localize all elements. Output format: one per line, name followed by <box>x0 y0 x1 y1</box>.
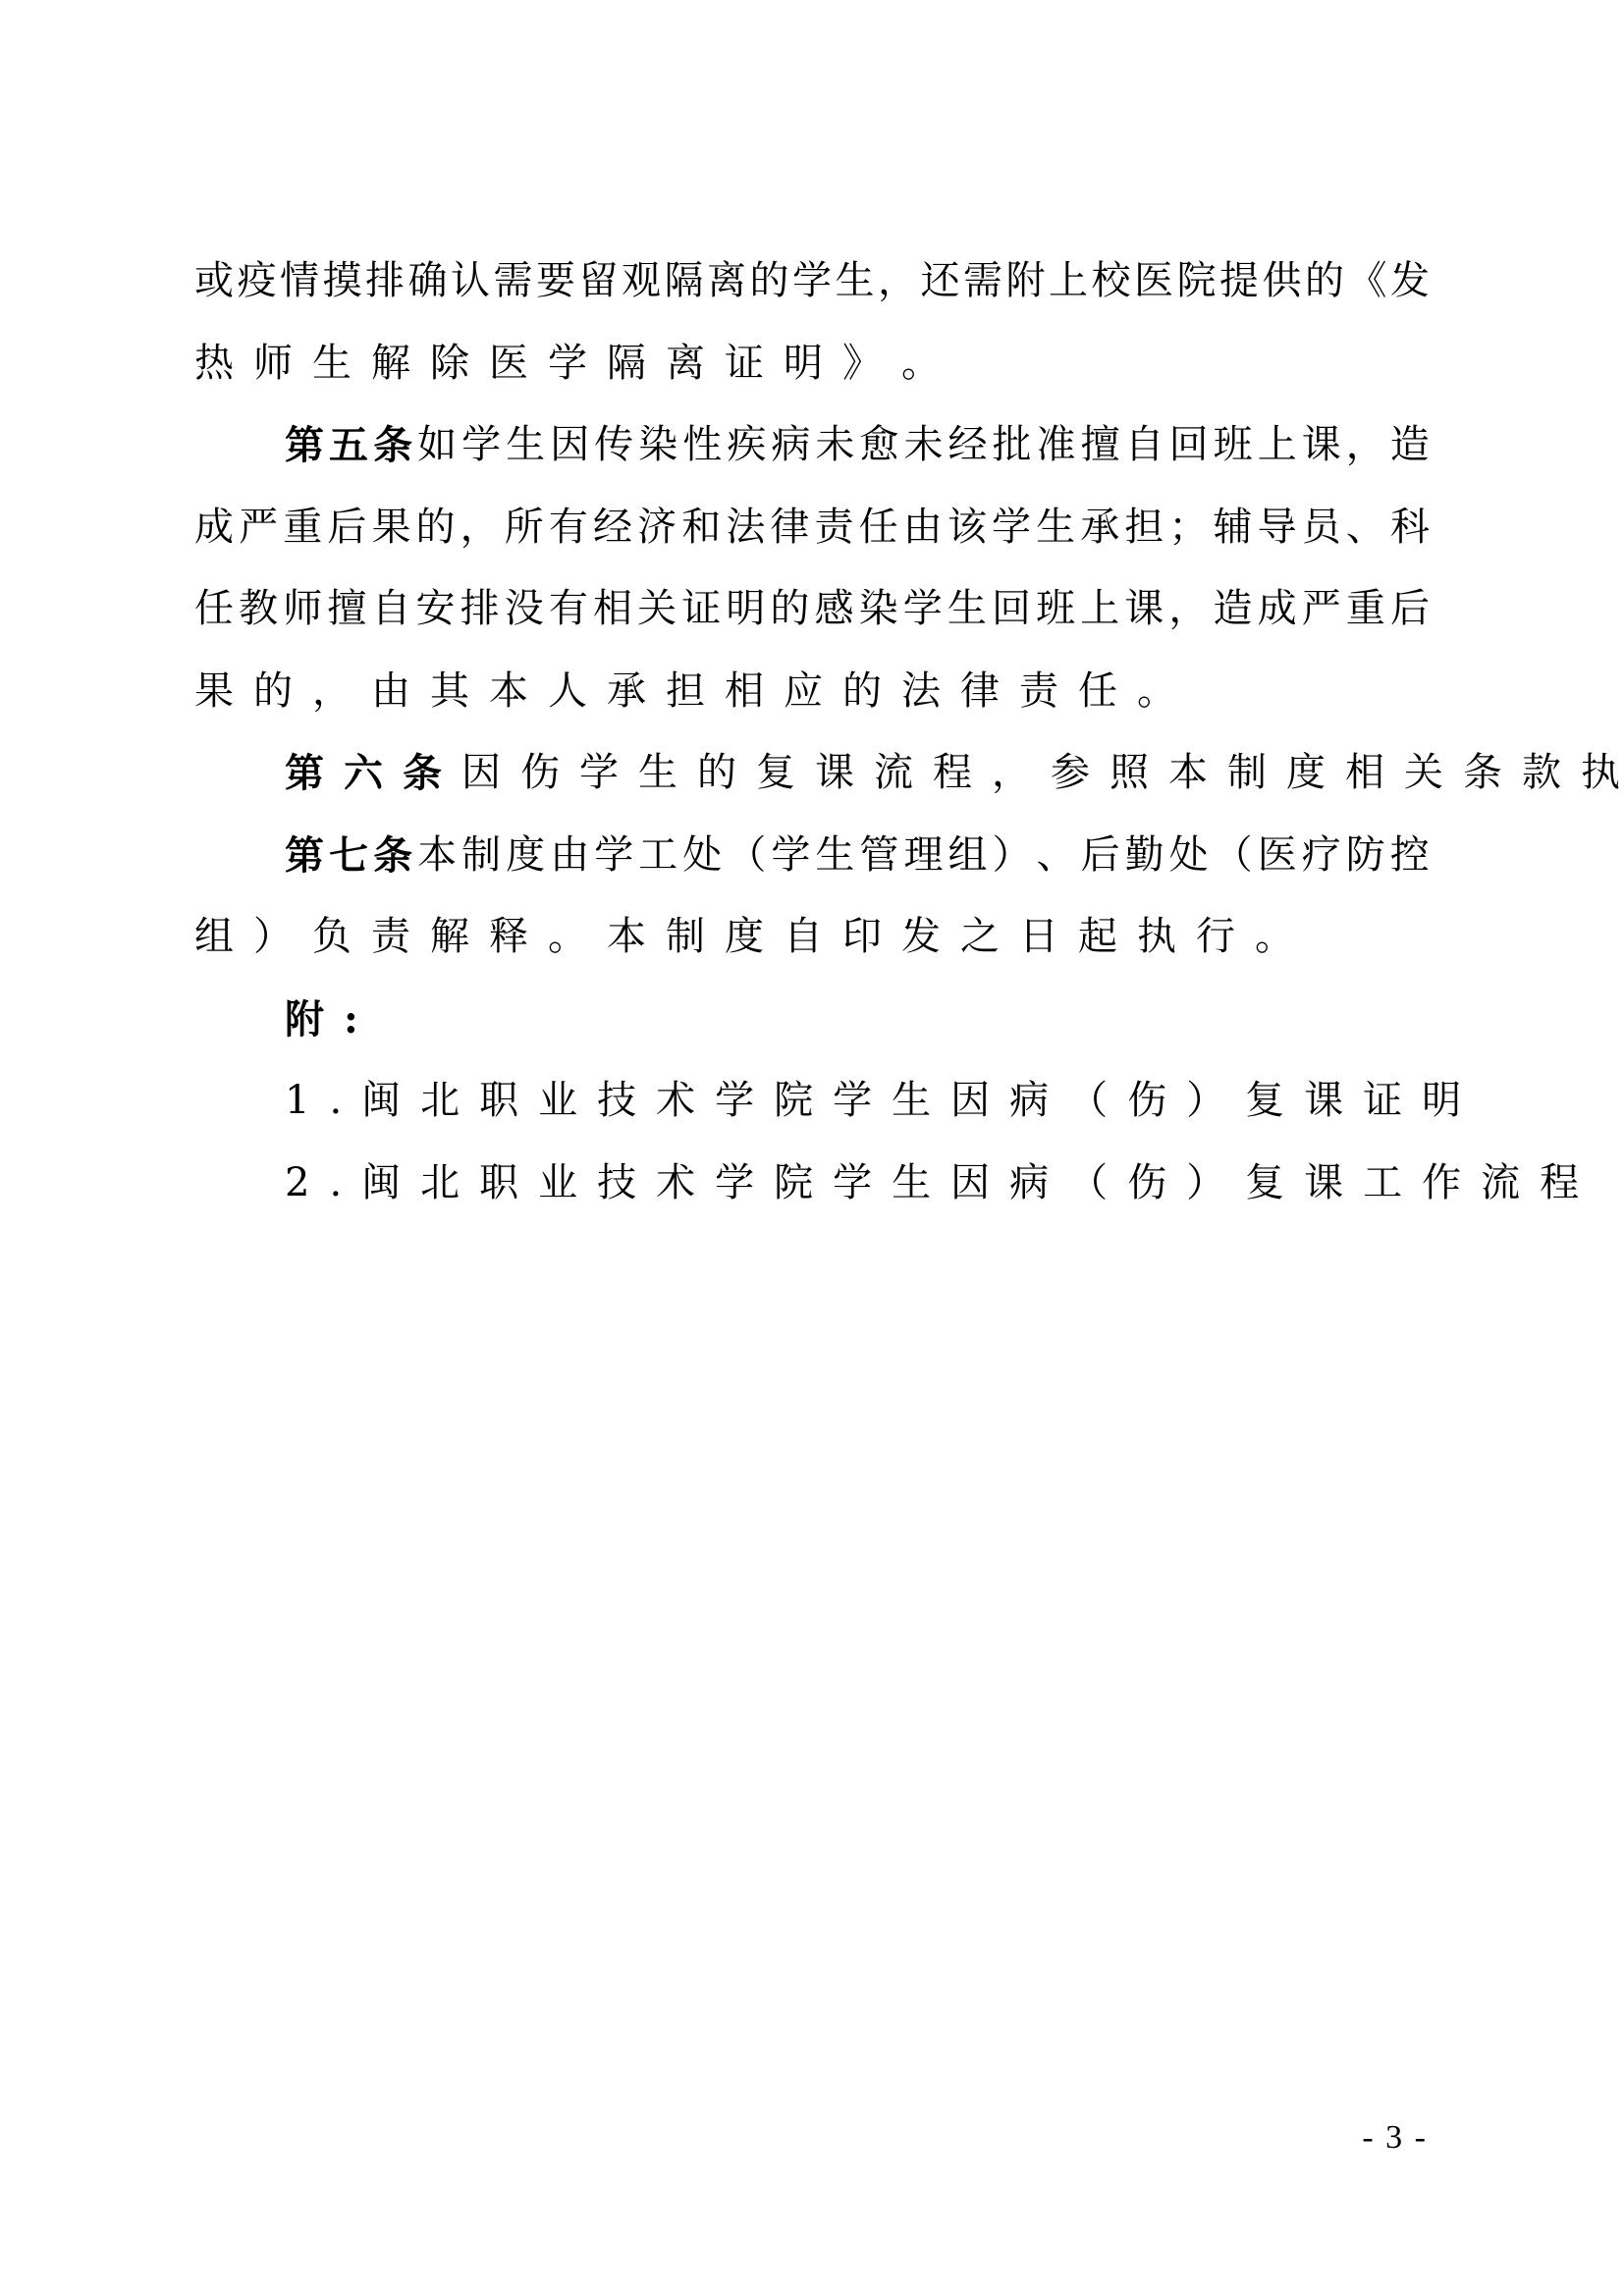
line-text: 附: <box>285 979 1430 1061</box>
paragraph-line: 果的，由其本人承担相应的法律责任。 <box>194 651 1430 733</box>
character: 》 <box>842 323 882 405</box>
character: 附 <box>285 979 324 1061</box>
character: 医 <box>1134 240 1173 323</box>
character: 制 <box>1227 732 1267 815</box>
character: 流 <box>874 732 913 815</box>
character: 发 <box>901 896 941 979</box>
character: 术 <box>656 1060 695 1143</box>
character: 条 <box>373 815 412 897</box>
character: 生 <box>638 732 677 815</box>
character: 学 <box>992 487 1031 569</box>
character: 工 <box>638 815 677 897</box>
character: 度 <box>506 815 545 897</box>
line-text: 第五条如学生因传染性疾病未愈未经批准擅自回班上课，造 <box>285 404 1430 487</box>
attachment-item: 1.闽北职业技术学院学生因病（伤）复课证明 <box>194 1060 1430 1143</box>
line-text: 组）负责解释。本制度自印发之日起执行。 <box>194 896 1430 979</box>
paragraph-line: 或疫情摸排确认需要留观隔离的学生，还需附上校医院提供的《发 <box>194 240 1430 323</box>
character: 业 <box>538 1143 577 1225</box>
character: 的 <box>697 732 736 815</box>
character: 感 <box>815 568 854 651</box>
character: 的 <box>416 487 456 569</box>
character: 制 <box>666 896 705 979</box>
character: 和 <box>681 487 721 569</box>
character: 确 <box>408 240 448 323</box>
character: 生 <box>892 1143 931 1225</box>
character: 病 <box>1009 1060 1049 1143</box>
character: 教 <box>239 568 278 651</box>
character: 情 <box>280 240 319 323</box>
character: 证 <box>1363 1060 1402 1143</box>
character: 相 <box>593 568 632 651</box>
character: 控 <box>1390 815 1430 897</box>
character: 有 <box>549 487 588 569</box>
character: 证 <box>725 323 764 405</box>
character: 院 <box>774 1143 813 1225</box>
character: 程 <box>933 732 972 815</box>
character: 需 <box>494 240 533 323</box>
character: 自 <box>371 568 410 651</box>
character: 院 <box>774 1060 813 1143</box>
line-text: 任教师擅自安排没有相关证明的感染学生回班上课，造成严重后 <box>194 568 1430 651</box>
character: 排 <box>365 240 405 323</box>
character: 病 <box>771 404 810 487</box>
paragraph-line: 任教师擅自安排没有相关证明的感染学生回班上课，造成严重后 <box>194 568 1430 651</box>
character: 济 <box>637 487 677 569</box>
character: 人 <box>548 651 587 733</box>
character: 生 <box>892 1060 931 1143</box>
character: 因 <box>550 404 589 487</box>
character: 学 <box>903 568 943 651</box>
character: 释 <box>489 896 528 979</box>
character: 明 <box>784 323 823 405</box>
character: 摸 <box>323 240 362 323</box>
paragraph-line: 热师生解除医学隔离证明》。 <box>194 323 1430 405</box>
character: 造 <box>1390 404 1430 487</box>
character: ， <box>460 487 500 569</box>
character: 课 <box>1124 568 1164 651</box>
character: 回 <box>1169 404 1209 487</box>
character: 科 <box>1390 487 1430 569</box>
character: 回 <box>992 568 1031 651</box>
character: 准 <box>1037 404 1076 487</box>
character: 的 <box>770 568 809 651</box>
character: 果 <box>194 651 234 733</box>
character: 医 <box>1258 815 1297 897</box>
character: 五 <box>329 404 368 487</box>
character: 技 <box>597 1143 636 1225</box>
character: 。 <box>1255 896 1294 979</box>
character: 制 <box>461 815 501 897</box>
character: ） <box>1186 1060 1225 1143</box>
character: 果 <box>371 487 410 569</box>
character: 上 <box>1258 404 1297 487</box>
character: 因 <box>950 1060 990 1143</box>
character: 批 <box>993 404 1032 487</box>
character: 自 <box>784 896 823 979</box>
character: 闽 <box>361 1143 401 1225</box>
character: 法 <box>901 651 941 733</box>
character: 供 <box>1263 240 1302 323</box>
character: 性 <box>682 404 722 487</box>
character: 离 <box>707 240 746 323</box>
character: 学 <box>792 240 832 323</box>
character: 的 <box>842 651 882 733</box>
character: 律 <box>770 487 809 569</box>
character: 管 <box>859 815 898 897</box>
character: 学 <box>461 404 501 487</box>
character: 工 <box>1363 1143 1402 1225</box>
character: 染 <box>638 404 677 487</box>
character: 擅 <box>1081 404 1120 487</box>
character: 因 <box>461 732 501 815</box>
character: 染 <box>859 568 898 651</box>
character: 的 <box>253 651 293 733</box>
character: 本 <box>607 896 646 979</box>
character: 重 <box>1346 568 1385 651</box>
character: 生 <box>506 404 545 487</box>
character: 执 <box>1137 896 1176 979</box>
character: 复 <box>756 732 795 815</box>
character: 承 <box>1080 487 1119 569</box>
character: 本 <box>1168 732 1208 815</box>
character: 的 <box>750 240 789 323</box>
character: 辅 <box>1214 487 1253 569</box>
article-5-line: 第五条如学生因传染性疾病未愈未经批准擅自回班上课，造 <box>194 404 1430 487</box>
character: ， <box>312 651 352 733</box>
character: 学 <box>594 815 633 897</box>
character: 证 <box>681 568 721 651</box>
character: : <box>344 979 383 1061</box>
character: 责 <box>371 896 410 979</box>
character: 课 <box>815 732 854 815</box>
line-text: 第七条本制度由学工处（学生管理组）、后勤处（医疗防控 <box>285 815 1430 897</box>
character: 第 <box>285 404 324 487</box>
character: 任 <box>1078 651 1117 733</box>
character: 条 <box>1463 732 1502 815</box>
character: 学 <box>833 1060 872 1143</box>
character: 责 <box>815 487 854 569</box>
character: 课 <box>1304 1060 1343 1143</box>
character: 严 <box>1302 568 1341 651</box>
character: 处 <box>682 815 722 897</box>
character: 留 <box>579 240 619 323</box>
character: 经 <box>947 404 987 487</box>
character: 、 <box>1346 487 1385 569</box>
character: 解 <box>371 323 410 405</box>
character: 还 <box>921 240 960 323</box>
character: 或 <box>194 240 234 323</box>
character: 日 <box>1019 896 1058 979</box>
character: 院 <box>1177 240 1217 323</box>
character: 隔 <box>665 240 704 323</box>
character: 职 <box>479 1060 518 1143</box>
character: 课 <box>1304 1143 1343 1225</box>
character: 重 <box>283 487 322 569</box>
paragraph-line: 组）负责解释。本制度自印发之日起执行。 <box>194 896 1430 979</box>
character: 起 <box>1078 896 1117 979</box>
character: 除 <box>430 323 469 405</box>
character: 第 <box>285 732 324 815</box>
character: 2 <box>285 1143 309 1225</box>
character: 学 <box>715 1060 754 1143</box>
character: 。 <box>548 896 587 979</box>
line-text: 热师生解除医学隔离证明》。 <box>194 323 1430 405</box>
character: （ <box>1068 1060 1108 1143</box>
character: 安 <box>416 568 456 651</box>
character: （ <box>1068 1143 1108 1225</box>
character: 导 <box>1258 487 1297 569</box>
character: 。 <box>1137 651 1176 733</box>
character: 承 <box>607 651 646 733</box>
character: 七 <box>329 815 368 897</box>
character: 学 <box>579 732 619 815</box>
character: 班 <box>1214 404 1253 487</box>
character: 行 <box>1196 896 1235 979</box>
character: 上 <box>1080 568 1119 651</box>
character: 上 <box>1049 240 1088 323</box>
character: 照 <box>1110 732 1149 815</box>
character: 员 <box>1302 487 1341 569</box>
character: 需 <box>963 240 1002 323</box>
line-text: 1.闽北职业技术学院学生因病（伤）复课证明 <box>285 1060 1430 1143</box>
character: 伤 <box>1127 1143 1166 1225</box>
character: 生 <box>1036 487 1075 569</box>
character: 之 <box>960 896 1000 979</box>
character: 度 <box>725 896 764 979</box>
character: 因 <box>950 1143 990 1225</box>
character: 成 <box>1258 568 1297 651</box>
character: 未 <box>903 404 943 487</box>
character: 担 <box>1124 487 1164 569</box>
character: 生 <box>836 240 875 323</box>
character: 相 <box>725 651 764 733</box>
article-7-line: 第七条本制度由学工处（学生管理组）、后勤处（医疗防控 <box>194 815 1430 897</box>
character: 作 <box>1422 1143 1461 1225</box>
page-number: - 3 - <box>1362 2118 1428 2158</box>
character: 业 <box>538 1060 577 1143</box>
character: 自 <box>1125 404 1164 487</box>
character: 造 <box>1214 568 1253 651</box>
character: 执 <box>1581 732 1620 815</box>
character: . <box>329 1143 342 1225</box>
character: 病 <box>1009 1143 1049 1225</box>
character: 处 <box>1169 815 1209 897</box>
character: 关 <box>637 568 677 651</box>
character: 生 <box>815 815 854 897</box>
character: 度 <box>1286 732 1326 815</box>
character: 流 <box>1481 1143 1520 1225</box>
character: 提 <box>1219 240 1259 323</box>
character: 经 <box>593 487 632 569</box>
character: 责 <box>1019 651 1058 733</box>
character: 组 <box>194 896 234 979</box>
character: 师 <box>283 568 322 651</box>
character: 款 <box>1522 732 1561 815</box>
character: 后 <box>327 487 366 569</box>
character: 擅 <box>327 568 366 651</box>
line-text: 第六条因伤学生的复课流程，参照本制度相关条款执行。 <box>285 732 1430 815</box>
character: 理 <box>903 815 943 897</box>
character: ， <box>992 732 1031 815</box>
character: 北 <box>420 1060 460 1143</box>
character: 组 <box>947 815 987 897</box>
character: 的 <box>1305 240 1344 323</box>
character: 疾 <box>727 404 766 487</box>
character: 学 <box>548 323 587 405</box>
character: 任 <box>194 568 234 651</box>
character: 程 <box>1540 1143 1579 1225</box>
character: 关 <box>1404 732 1443 815</box>
character: ， <box>1346 404 1385 487</box>
character: 疗 <box>1302 815 1341 897</box>
character: 愈 <box>859 404 898 487</box>
character: ； <box>1168 487 1208 569</box>
character: 条 <box>373 404 412 487</box>
paragraph-line: 成严重后果的，所有经济和法律责任由该学生承担；辅导员、科 <box>194 487 1430 569</box>
character: 生 <box>947 568 987 651</box>
character: 明 <box>726 568 765 651</box>
character: ） <box>993 815 1032 897</box>
character: （ <box>1214 815 1253 897</box>
character: 任 <box>859 487 898 569</box>
character: 北 <box>420 1143 460 1225</box>
character: 校 <box>1092 240 1131 323</box>
character: 伤 <box>1127 1060 1166 1143</box>
character: （ <box>727 815 766 897</box>
character: 严 <box>239 487 278 569</box>
character: 、 <box>1037 815 1076 897</box>
character: 职 <box>479 1143 518 1225</box>
character: 条 <box>403 732 442 815</box>
character: 应 <box>784 651 823 733</box>
character: 负 <box>312 896 352 979</box>
character: ， <box>1168 568 1208 651</box>
character: 排 <box>460 568 500 651</box>
character: 。 <box>901 323 941 405</box>
character: 学 <box>833 1143 872 1225</box>
character: 闽 <box>361 1060 401 1143</box>
character: 由 <box>371 651 410 733</box>
attachments-heading: 附: <box>194 979 1430 1061</box>
character: 担 <box>666 651 705 733</box>
character: 发 <box>1390 240 1430 323</box>
character: 六 <box>344 732 383 815</box>
character: 后 <box>1390 568 1430 651</box>
line-text: 果的，由其本人承担相应的法律责任。 <box>194 651 1430 733</box>
character: 隔 <box>607 323 646 405</box>
character: 技 <box>597 1060 636 1143</box>
character: 法 <box>726 487 765 569</box>
character: ） <box>253 896 293 979</box>
document-page: 或疫情摸排确认需要留观隔离的学生，还需附上校医院提供的《发 热师生解除医学隔离证… <box>194 240 1430 1224</box>
character: 本 <box>489 651 528 733</box>
character: 印 <box>842 896 882 979</box>
character: 律 <box>960 651 1000 733</box>
character: 如 <box>417 404 457 487</box>
character: 未 <box>815 404 854 487</box>
character: 没 <box>505 568 544 651</box>
character: 防 <box>1346 815 1385 897</box>
character: 成 <box>194 487 234 569</box>
character: ， <box>878 240 917 323</box>
attachment-item: 2.闽北职业技术学院学生因病（伤）复课工作流程 <box>194 1143 1430 1225</box>
character: 热 <box>194 323 234 405</box>
character: 后 <box>1081 815 1120 897</box>
line-text: 或疫情摸排确认需要留观隔离的学生，还需附上校医院提供的《发 <box>194 240 1430 323</box>
character: 由 <box>550 815 589 897</box>
character: 课 <box>1302 404 1341 487</box>
character: 由 <box>903 487 943 569</box>
character: 术 <box>656 1143 695 1225</box>
character: 离 <box>666 323 705 405</box>
article-6-line: 第六条因伤学生的复课流程，参照本制度相关条款执行。 <box>194 732 1430 815</box>
character: 学 <box>715 1143 754 1225</box>
character: 本 <box>417 815 457 897</box>
character: . <box>329 1060 342 1143</box>
character: 复 <box>1245 1143 1284 1225</box>
character: 明 <box>1422 1060 1461 1143</box>
character: 1 <box>285 1060 309 1143</box>
character: 生 <box>312 323 352 405</box>
character: 该 <box>947 487 987 569</box>
character: 所 <box>505 487 544 569</box>
character: 附 <box>1006 240 1046 323</box>
character: 第 <box>285 815 324 897</box>
line-text: 2.闽北职业技术学院学生因病（伤）复课工作流程 <box>285 1143 1430 1225</box>
character: 相 <box>1345 732 1384 815</box>
character: 伤 <box>520 732 560 815</box>
character: 传 <box>594 404 633 487</box>
character: 师 <box>253 323 293 405</box>
character: 其 <box>430 651 469 733</box>
line-text: 成严重后果的，所有经济和法律责任由该学生承担；辅导员、科 <box>194 487 1430 569</box>
character: 班 <box>1036 568 1075 651</box>
character: 观 <box>622 240 661 323</box>
character: 解 <box>430 896 469 979</box>
character: 《 <box>1348 240 1387 323</box>
character: 要 <box>536 240 575 323</box>
character: 医 <box>489 323 528 405</box>
character: 参 <box>1051 732 1090 815</box>
character: 复 <box>1245 1060 1284 1143</box>
character: 认 <box>451 240 490 323</box>
character: 疫 <box>238 240 277 323</box>
character: 学 <box>771 815 810 897</box>
character: 有 <box>549 568 588 651</box>
character: 勤 <box>1125 815 1164 897</box>
character: ） <box>1186 1143 1225 1225</box>
